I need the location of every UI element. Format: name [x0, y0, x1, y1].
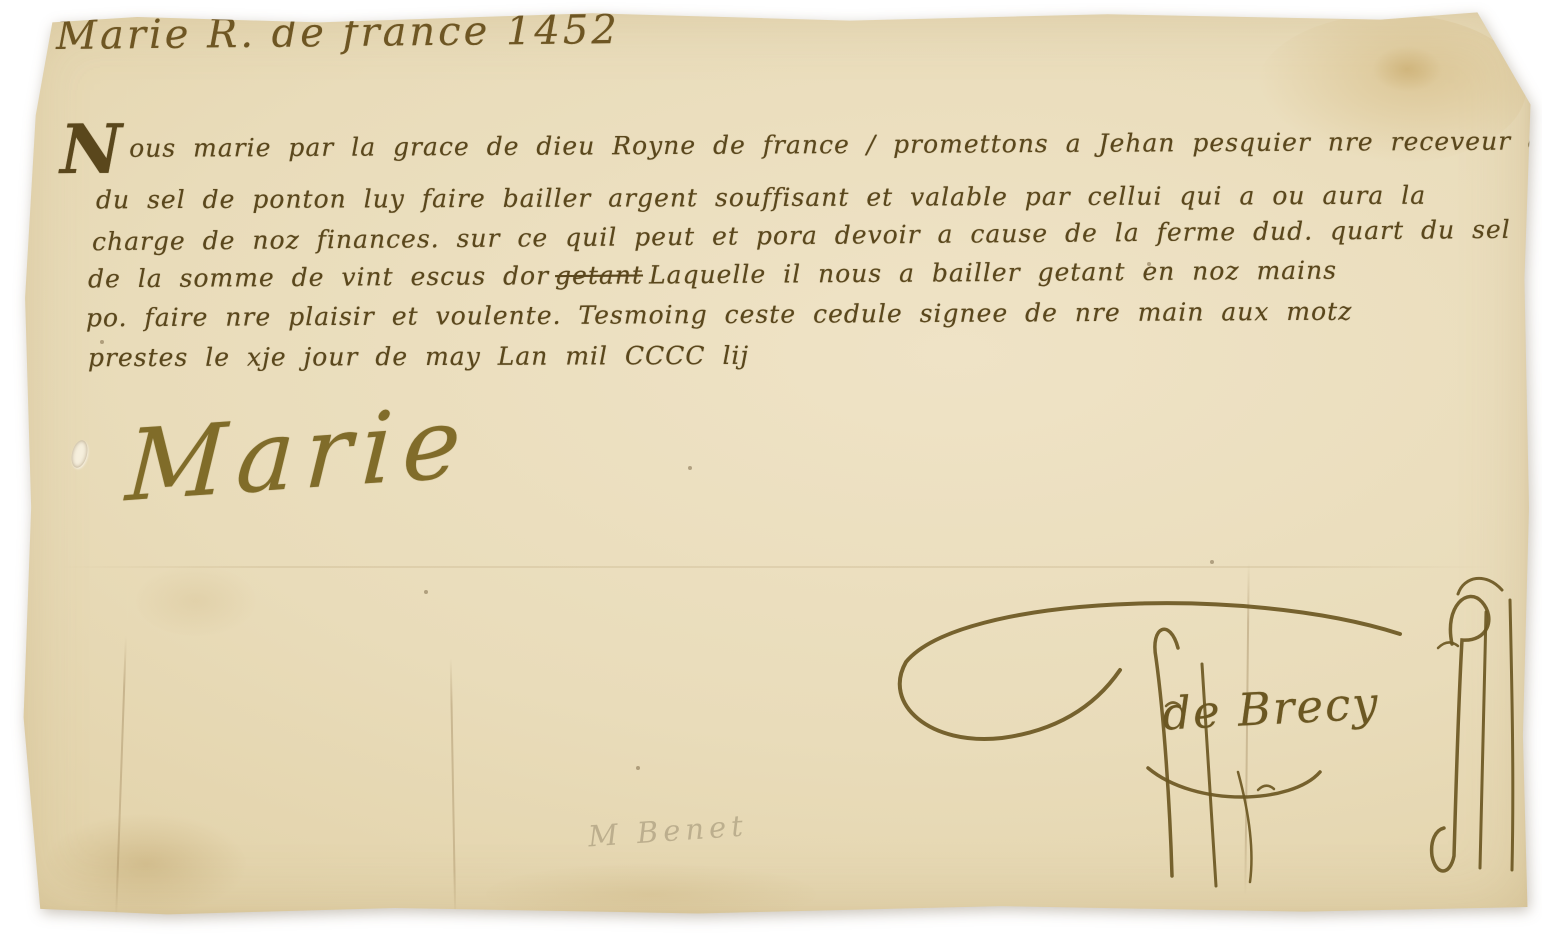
- body-line-text: de la somme de vint escus dor: [88, 261, 549, 293]
- stain: [486, 864, 816, 924]
- ink-speck: [1210, 560, 1214, 564]
- parchment-hole: [69, 439, 90, 470]
- ink-speck: [636, 766, 640, 770]
- stain: [136, 566, 256, 636]
- pencil-inscription: M Benet: [587, 808, 749, 853]
- fold-crease: [56, 566, 1496, 568]
- fold-crease: [115, 636, 127, 918]
- body-line: po. faire nre plaisir et voulente. Tesmo…: [86, 297, 1353, 333]
- fold-crease: [450, 658, 457, 918]
- body-line-text: Laquelle il nous a bailler getant en noz…: [649, 256, 1337, 290]
- stain: [46, 814, 246, 914]
- struck-word: getant: [555, 260, 643, 290]
- photo-background: Marie R. de france 1452 Nous marie par l…: [0, 0, 1542, 936]
- countersignature: de Brecy: [1161, 676, 1381, 740]
- body-line: du sel de ponton luy faire bailler argen…: [96, 181, 1426, 215]
- parchment-document: Marie R. de france 1452 Nous marie par l…: [16, 6, 1532, 918]
- stain: [1372, 46, 1442, 92]
- body-line: charge de noz finances. sur ce quil peut…: [92, 215, 1511, 256]
- body-line: Nous marie par la grace de dieu Royne de…: [60, 126, 1542, 163]
- body-line: prestes le xje jour de may Lan mil CCCC …: [88, 341, 749, 372]
- body-line-text: ous marie par la grace de dieu Royne de …: [129, 126, 1542, 163]
- royal-signature: Marie: [123, 386, 473, 525]
- body-line: de la somme de vint escus dorgetantLaque…: [88, 256, 1337, 294]
- ink-speck: [424, 590, 428, 594]
- ink-speck: [688, 466, 692, 470]
- archival-inscription: Marie R. de france 1452: [56, 7, 620, 59]
- decorated-initial: N: [60, 110, 124, 190]
